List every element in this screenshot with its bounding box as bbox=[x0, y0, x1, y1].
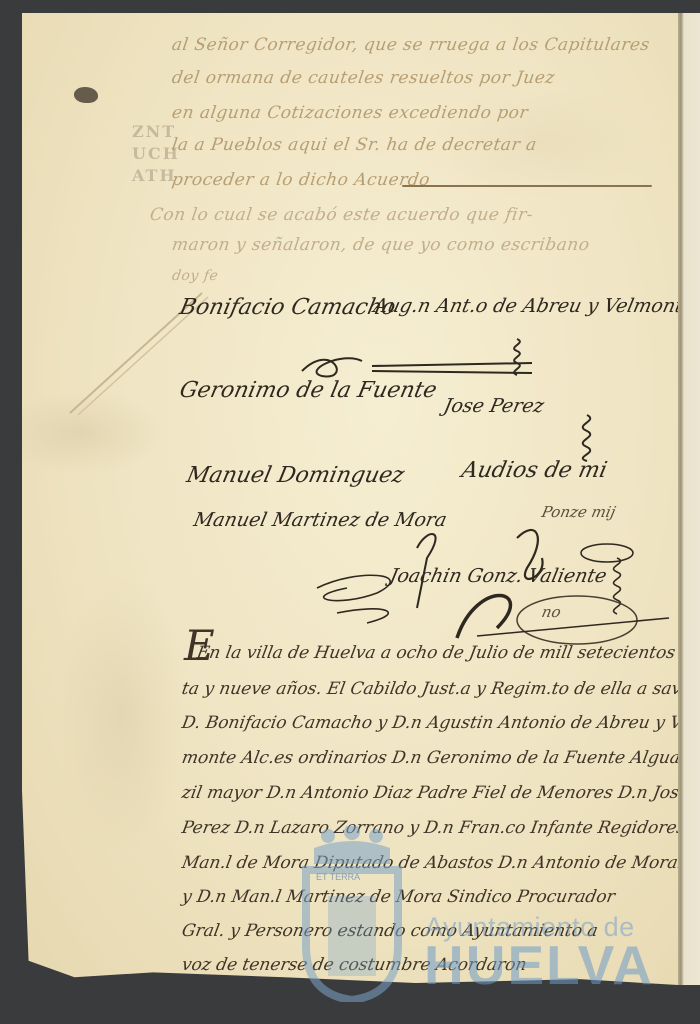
signature-jose-perez: Jose Perez bbox=[442, 395, 546, 417]
text-line: ta y nueve años. El Cabildo Just.a y Reg… bbox=[180, 679, 700, 699]
signature-geronimo-fuente: Geronimo de la Fuente bbox=[177, 378, 439, 403]
text-line: En la villa de Huelva a ocho de Julio de… bbox=[195, 643, 700, 663]
ink-stain bbox=[74, 87, 98, 103]
text-line: Man.l de Mora Diputado de Abastos D.n An… bbox=[180, 853, 700, 873]
watermark-huelva: HUELVA bbox=[424, 938, 654, 993]
text-line: monte Alc.es ordinarios D.n Geronimo de … bbox=[180, 748, 687, 768]
signature-manuel-dominguez: Manuel Dominguez bbox=[184, 463, 406, 488]
faded-line: la a Pueblos aqui el Sr. ha de decretar … bbox=[171, 135, 538, 155]
faded-line: en alguna Cotizaciones excediendo por bbox=[171, 103, 530, 123]
faded-line: maron y señalaron, de que yo como escrib… bbox=[171, 235, 591, 255]
scanned-document: ZNT UCH ATH al Señor Corregidor, que se … bbox=[0, 0, 700, 1024]
text-line: zil mayor D.n Antonio Diaz Padre Fiel de… bbox=[180, 783, 700, 803]
faded-line: proceder a lo dicho Acuerdo bbox=[171, 170, 432, 190]
faded-line: doy fe bbox=[171, 268, 219, 284]
adjacent-page-edge bbox=[678, 13, 700, 985]
signature-flourishes bbox=[277, 518, 677, 648]
faded-line: del ormana de cauteles resueltos por Jue… bbox=[171, 68, 557, 88]
text-line: D. Bonifacio Camacho y D.n Agustin Anton… bbox=[180, 713, 700, 733]
notary-mark: no bbox=[540, 603, 563, 621]
faded-line: al Señor Corregidor, que se rruega a los… bbox=[171, 35, 651, 55]
rubric-knot bbox=[567, 413, 607, 463]
signature-audios-de-mi: Audios de mi bbox=[459, 458, 609, 483]
signature-bonifacio-camacho: Bonifacio Camacho bbox=[177, 295, 397, 320]
text-line: Perez D.n Lazaro Zorrano y D.n Fran.co I… bbox=[180, 818, 700, 838]
huelva-coat-of-arms-icon bbox=[298, 826, 406, 1002]
line-end-rule bbox=[402, 185, 652, 187]
faded-line: Con lo cual se acabó este acuerdo que fi… bbox=[149, 205, 535, 225]
watermark-motto: ET TERRA bbox=[316, 872, 360, 882]
signature-abreu-velmonte: Aug.n Ant.o de Abreu y Velmonte bbox=[372, 295, 697, 317]
